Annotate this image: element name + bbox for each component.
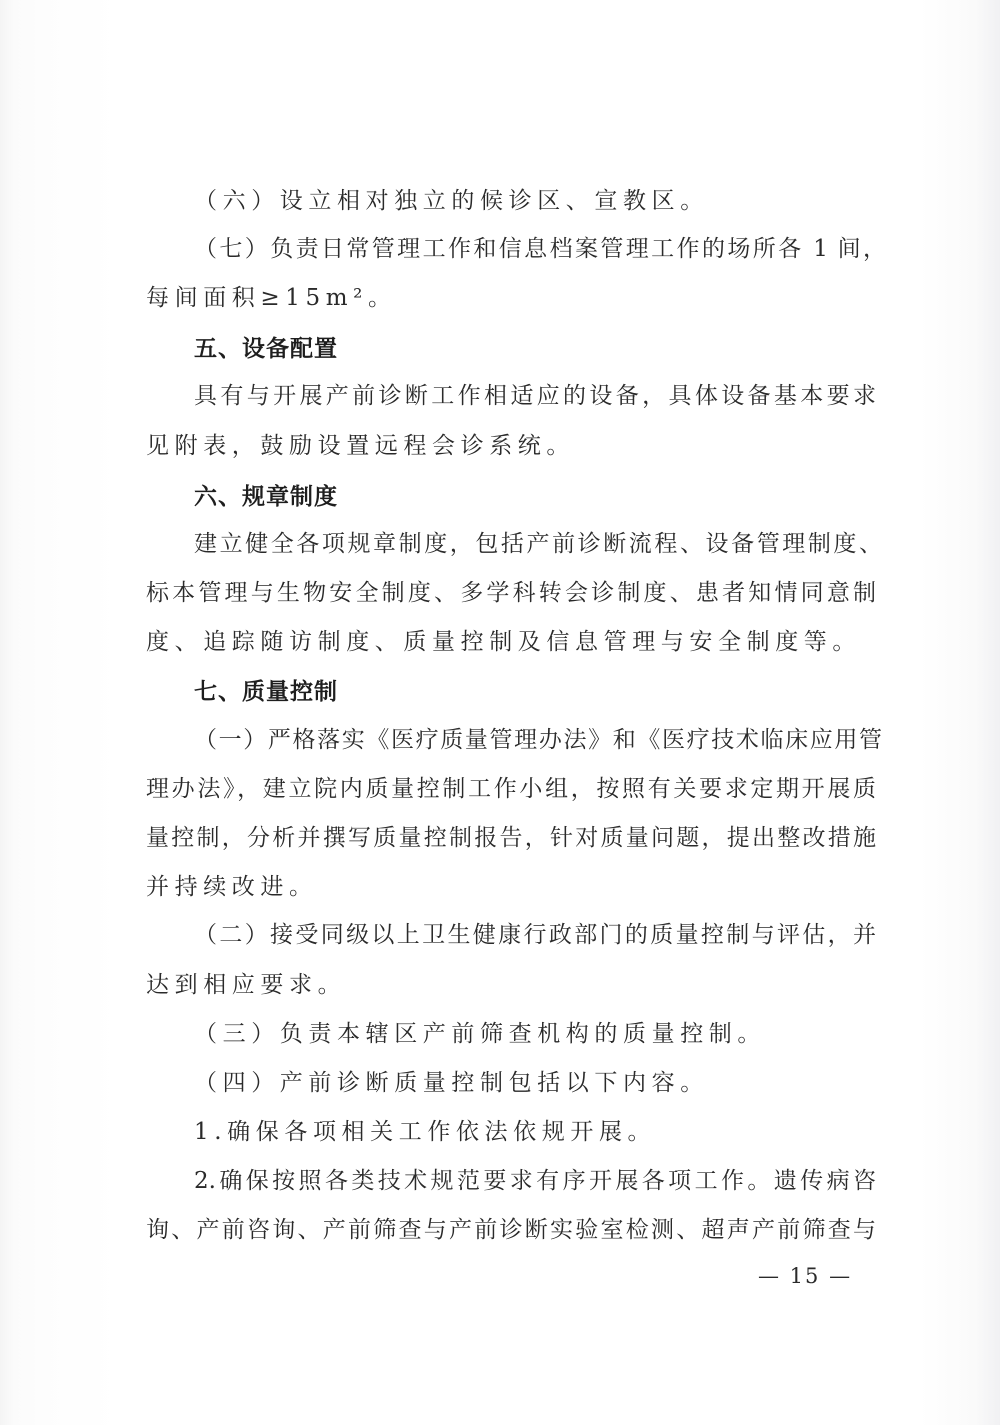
- section-7-item-2-line2: 达到相应要求。: [146, 970, 886, 1000]
- section-5-para-line2: 见附表，鼓励设置远程会诊系统。: [146, 431, 886, 461]
- item-7-text-line2: 每间面积≥15m²。: [146, 283, 886, 313]
- section-7-heading: 七、质量控制: [194, 677, 934, 707]
- section-7-item-2-line1: （二）接受同级以上卫生健康行政部门的质量控制与评估，并: [194, 920, 876, 950]
- section-6-para-line3: 度、追踪随访制度、质量控制及信息管理与安全制度等。: [146, 627, 886, 657]
- document-page: （六）设立相对独立的候诊区、宣教区。 （七）负责日常管理工作和信息档案管理工作的…: [0, 0, 1000, 1425]
- section-7-item-1-line3: 量控制，分析并撰写质量控制报告，针对质量问题，提出整改措施: [146, 823, 876, 853]
- section-7-sub-2-line1: 2.确保按照各类技术规范要求有序开展各项工作。遗传病咨: [194, 1166, 876, 1196]
- section-6-para-line2: 标本管理与生物安全制度、多学科转会诊制度、患者知情同意制: [146, 578, 876, 608]
- section-7-item-3: （三）负责本辖区产前筛查机构的质量控制。: [194, 1019, 934, 1049]
- section-7-sub-1: 1.确保各项相关工作依法依规开展。: [194, 1117, 934, 1147]
- item-6-text: （六）设立相对独立的候诊区、宣教区。: [194, 186, 934, 216]
- page-number: — 15 —: [758, 1262, 852, 1290]
- section-7-item-1-line4: 并持续改进。: [146, 872, 886, 902]
- section-7-sub-2-line2: 询、产前咨询、产前筛查与产前诊断实验室检测、超声产前筛查与: [146, 1215, 876, 1245]
- section-7-item-1-line1: （一）严格落实《医疗质量管理办法》和《医疗技术临床应用管: [194, 725, 882, 755]
- section-7-item-4: （四）产前诊断质量控制包括以下内容。: [194, 1068, 934, 1098]
- section-6-para-line1: 建立健全各项规章制度，包括产前诊断流程、设备管理制度、: [194, 529, 882, 559]
- section-6-heading: 六、规章制度: [194, 482, 934, 512]
- item-7-text-line1: （七）负责日常管理工作和信息档案管理工作的场所各 1 间，: [194, 234, 886, 264]
- section-5-para-line1: 具有与开展产前诊断工作相适应的设备，具体设备基本要求: [194, 381, 876, 411]
- section-7-item-1-line2: 理办法》，建立院内质量控制工作小组，按照有关要求定期开展质: [146, 774, 876, 804]
- section-5-heading: 五、设备配置: [194, 334, 934, 364]
